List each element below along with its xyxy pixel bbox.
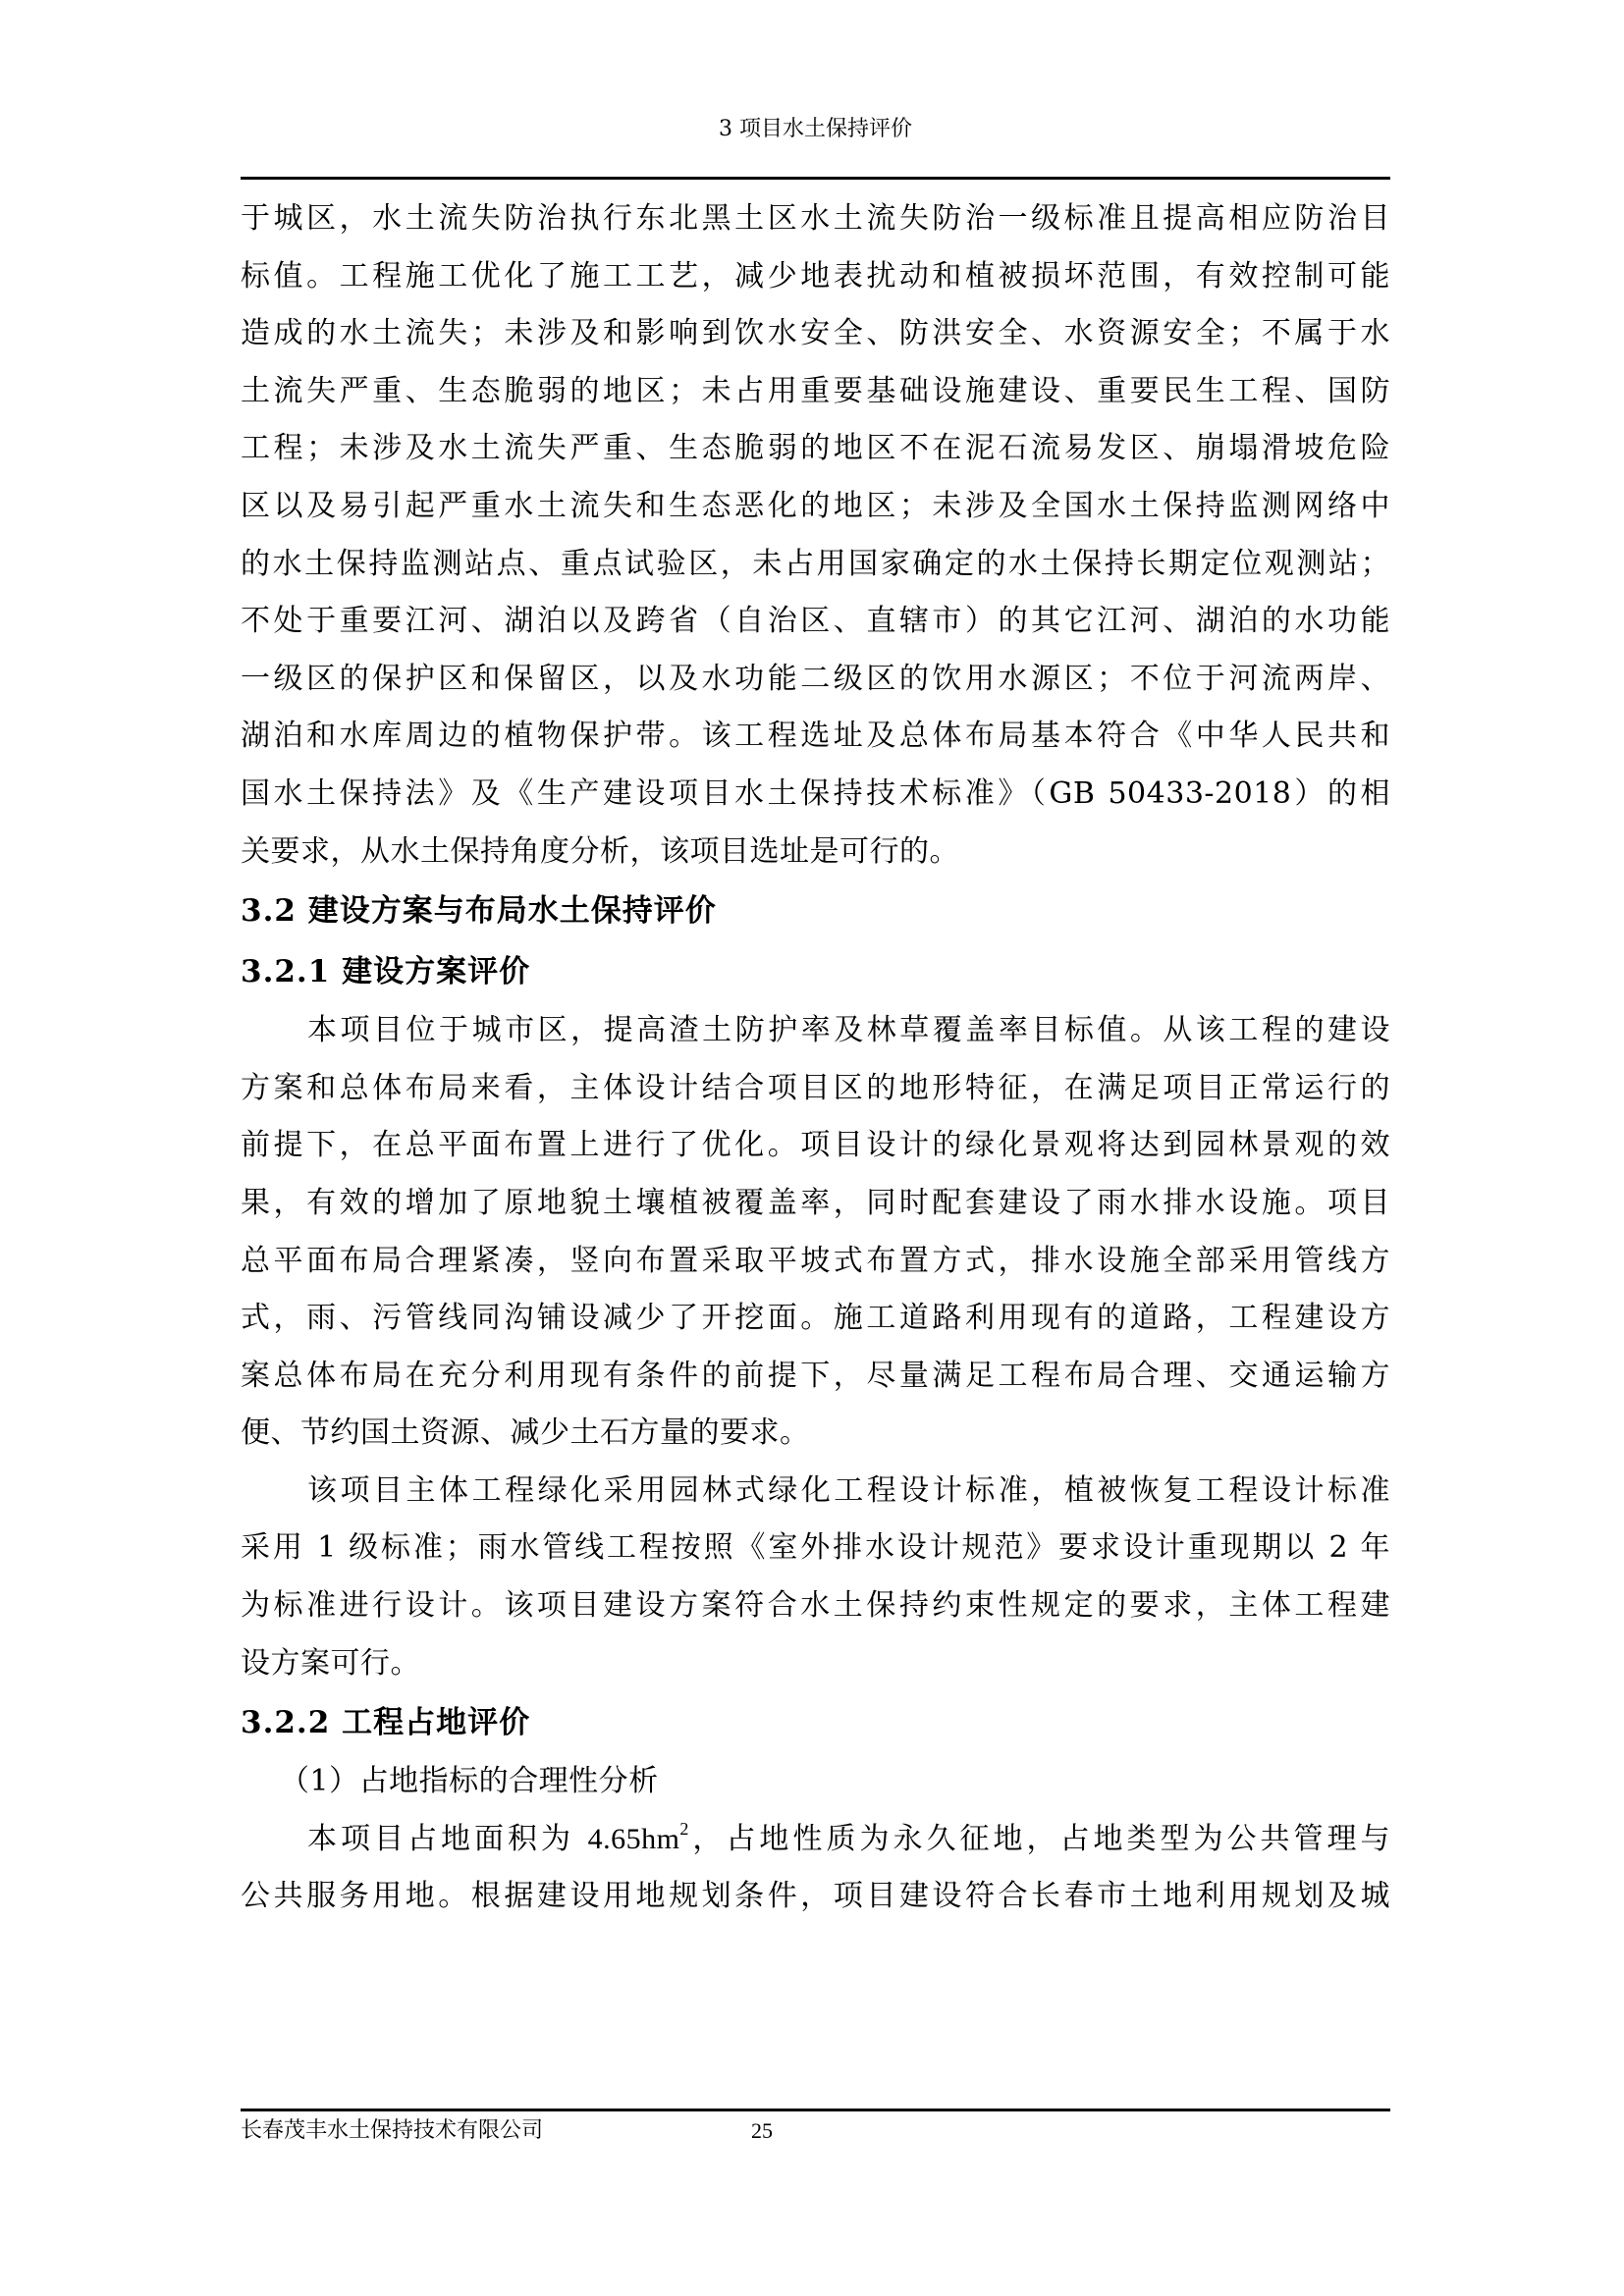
paragraph-design-standards: 该项目主体工程绿化采用园林式绿化工程设计标准，植被恢复工程设计标准 采用 1 级… — [241, 1463, 1390, 1692]
text-line: 标值。工程施工优化了施工工艺，减少地表扰动和植被损坏范围，有效控制可能 — [241, 248, 1390, 306]
area-value: 4.65hm — [588, 1823, 680, 1855]
text-line: 湖泊和水库周边的植物保护带。该工程选址及总体布局基本符合《中华人民共和 — [241, 708, 1390, 766]
text-line: 设方案可行。 — [241, 1635, 1390, 1693]
paragraph-land-occupation: 本项目占地面积为 4.65hm2，占地性质为永久征地，占地类型为公共管理与 公共… — [241, 1811, 1390, 1926]
chapter-title: 3 项目水土保持评价 — [719, 117, 912, 141]
text-line: 不处于重要江河、湖泊以及跨省（自治区、直辖市）的其它江河、湖泊的水功能 — [241, 593, 1390, 651]
area-superscript: 2 — [679, 1819, 689, 1839]
page-body: 于城区，水土流失防治执行东北黑土区水土流失防治一级标准且提高相应防治目 标值。工… — [241, 190, 1390, 1926]
text-line: 果，有效的增加了原地貌土壤植被覆盖率，同时配套建设了雨水排水设施。项目 — [241, 1175, 1390, 1233]
text-line: 总平面布局合理紧凑，竖向布置采取平坡式布置方式，排水设施全部采用管线方 — [241, 1233, 1390, 1291]
footer-rule — [241, 2109, 1390, 2111]
footer-company: 长春茂丰水土保持技术有限公司 — [241, 2114, 543, 2148]
text-line: 造成的水土流失；未涉及和影响到饮水安全、防洪安全、水资源安全；不属于水 — [241, 305, 1390, 363]
text-line: 工程；未涉及水土流失严重、生态脆弱的地区不在泥石流易发区、崩塌滑坡危险 — [241, 420, 1390, 478]
text-line: 采用 1 级标准；雨水管线工程按照《室外排水设计规范》要求设计重现期以 2 年 — [241, 1520, 1390, 1577]
text-line: 的水土保持监测站点、重点试验区，未占用国家确定的水土保持长期定位观测站； — [241, 536, 1390, 594]
subsection-heading-1: （1）占地指标的合理性分析 — [241, 1753, 1390, 1811]
text-line: 式，雨、污管线同沟铺设减少了开挖面。施工道路利用现有的道路，工程建设方 — [241, 1290, 1390, 1348]
text-line: 该项目主体工程绿化采用园林式绿化工程设计标准，植被恢复工程设计标准 — [241, 1463, 1390, 1521]
text-line: 于城区，水土流失防治执行东北黑土区水土流失防治一级标准且提高相应防治目 — [241, 190, 1390, 248]
text-line: 方案和总体布局来看，主体设计结合项目区的地形特征，在满足项目正常运行的 — [241, 1060, 1390, 1118]
text-fragment: 本项目占地面积为 — [307, 1822, 588, 1856]
header-rule — [241, 177, 1390, 180]
text-line: 公共服务用地。根据建设用地规划条件，项目建设符合长春市土地利用规划及城 — [241, 1868, 1390, 1926]
section-heading-3-2-1: 3.2.1 建设方案评价 — [241, 941, 1390, 1002]
text-line: 一级区的保护区和保留区，以及水功能二级区的饮用水源区；不位于河流两岸、 — [241, 651, 1390, 709]
section-heading-3-2: 3.2 建设方案与布局水土保持评价 — [241, 881, 1390, 941]
text-line: 为标准进行设计。该项目建设方案符合水土保持约束性规定的要求，主体工程建 — [241, 1577, 1390, 1635]
text-line: 区以及易引起严重水土流失和生态恶化的地区；未涉及全国水土保持监测网络中 — [241, 478, 1390, 536]
text-line: 本项目占地面积为 4.65hm2，占地性质为永久征地，占地类型为公共管理与 — [241, 1811, 1390, 1869]
text-line: 关要求，从水土保持角度分析，该项目选址是可行的。 — [241, 824, 1390, 881]
text-line: 前提下，在总平面布置上进行了优化。项目设计的绿化景观将达到园林景观的效 — [241, 1117, 1390, 1175]
text-line: 国水土保持法》及《生产建设项目水土保持技术标准》（GB 50433-2018）的… — [241, 766, 1390, 824]
text-line: 便、节约国土资源、减少土石方量的要求。 — [241, 1405, 1390, 1463]
paragraph-construction-plan: 本项目位于城市区，提高渣土防护率及林草覆盖率目标值。从该工程的建设 方案和总体布… — [241, 1002, 1390, 1463]
page-number: 25 — [751, 2114, 773, 2148]
text-line: 本项目位于城市区，提高渣土防护率及林草覆盖率目标值。从该工程的建设 — [241, 1002, 1390, 1060]
paragraph-site-selection: 于城区，水土流失防治执行东北黑土区水土流失防治一级标准且提高相应防治目 标值。工… — [241, 190, 1390, 881]
section-heading-3-2-2: 3.2.2 工程占地评价 — [241, 1692, 1390, 1753]
text-line: 案总体布局在充分利用现有条件的前提下，尽量满足工程布局合理、交通运输方 — [241, 1348, 1390, 1406]
text-line: 土流失严重、生态脆弱的地区；未占用重要基础设施建设、重要民生工程、国防 — [241, 363, 1390, 421]
text-fragment: ，占地性质为永久征地，占地类型为公共管理与 — [689, 1822, 1390, 1856]
page-header: 3 项目水土保持评价 — [241, 110, 1390, 149]
